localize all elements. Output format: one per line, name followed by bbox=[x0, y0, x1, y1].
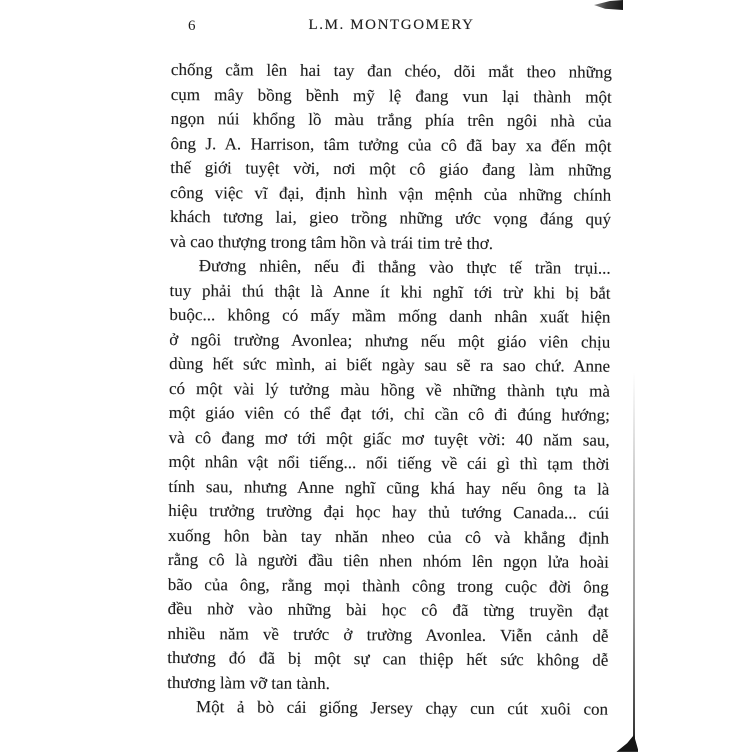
page-edge-line bbox=[633, 372, 635, 742]
text-line: dùng hết sức mình, ai biết ngày sau sẽ r… bbox=[169, 352, 610, 379]
page-body: chống cằm lên hai tay đan chéo, dõi mắt … bbox=[167, 58, 612, 722]
page-corner-shadow bbox=[614, 735, 638, 753]
text-line: cụm mây bồng bềnh mỹ lệ đang vun lại thà… bbox=[171, 82, 612, 109]
text-line: hiệu trưởng trường đại học hay thủ tướng… bbox=[168, 499, 609, 526]
text-line: đều nhờ vào những bài học cô đã từng tru… bbox=[168, 597, 609, 624]
text-line: thương làm vỡ tan tành. bbox=[167, 670, 608, 697]
book-edge-shadow-icon bbox=[594, 0, 623, 10]
text-line: Một ả bò cái giống Jersey chạy cun cút x… bbox=[167, 695, 608, 722]
paragraph: Đương nhiên, nếu đi thẳng vào thực tế tr… bbox=[167, 254, 611, 698]
text-line: tính sau, nhưng Anne nghĩ cũng khá hay n… bbox=[168, 474, 609, 501]
text-line: có một vài lý tưởng màu hồng về những th… bbox=[169, 376, 610, 403]
text-line: khách tương lai, gieo trồng những ước vọ… bbox=[170, 205, 611, 232]
text-line: ông J. A. Harrison, tâm tưởng của cô đã … bbox=[170, 131, 611, 158]
text-line: một giáo viên có thể đạt tới, chỉ cần cô… bbox=[169, 401, 610, 428]
text-line: ở ngôi trường Avonlea; nhưng nếu một giá… bbox=[169, 327, 610, 354]
text-line: và cao thượng trong tâm hồn và trái tim … bbox=[170, 229, 611, 256]
text-line: và cô đang mơ tới một giấc mơ tuyệt vời:… bbox=[169, 425, 610, 452]
text-line: thế giới tuyệt vời, nơi một cô giáo đang… bbox=[170, 156, 611, 183]
book-page: 6 L.M. MONTGOMERY chống cằm lên hai tay … bbox=[0, 0, 755, 755]
paragraph: chống cằm lên hai tay đan chéo, dõi mắt … bbox=[170, 58, 612, 257]
text-line: chống cằm lên hai tay đan chéo, dõi mắt … bbox=[171, 58, 612, 85]
page-header: 6 L.M. MONTGOMERY bbox=[171, 17, 612, 39]
text-line: công việc vĩ đại, định hình vận mệnh của… bbox=[170, 180, 611, 207]
text-line: ngọn núi khổng lồ màu trắng phía trên ng… bbox=[171, 107, 612, 134]
text-line: xuống hôn bàn tay nhăn nheo của cô và kh… bbox=[168, 523, 609, 550]
running-title: L.M. MONTGOMERY bbox=[171, 17, 612, 34]
text-line: rằng cô là người đầu tiên nhen nhóm lên … bbox=[168, 548, 609, 575]
text-line: thương đó đã bị một sự can thiệp hết sức… bbox=[167, 646, 608, 673]
text-line: Đương nhiên, nếu đi thẳng vào thực tế tr… bbox=[170, 254, 611, 281]
text-line: buộc... không có mấy mầm mống danh nhân … bbox=[169, 303, 610, 330]
text-line: nhiều năm về trước ở trường Avonlea. Viễ… bbox=[167, 621, 608, 648]
text-line: một nhân vật nổi tiếng... nổi tiếng về c… bbox=[168, 450, 609, 477]
text-line: bão của ông, rằng mọi thành công trong c… bbox=[168, 572, 609, 599]
text-line: tuy phải thú thật là Anne ít khi nghĩ tớ… bbox=[170, 278, 611, 305]
paragraph: Một ả bò cái giống Jersey chạy cun cút x… bbox=[167, 695, 608, 722]
